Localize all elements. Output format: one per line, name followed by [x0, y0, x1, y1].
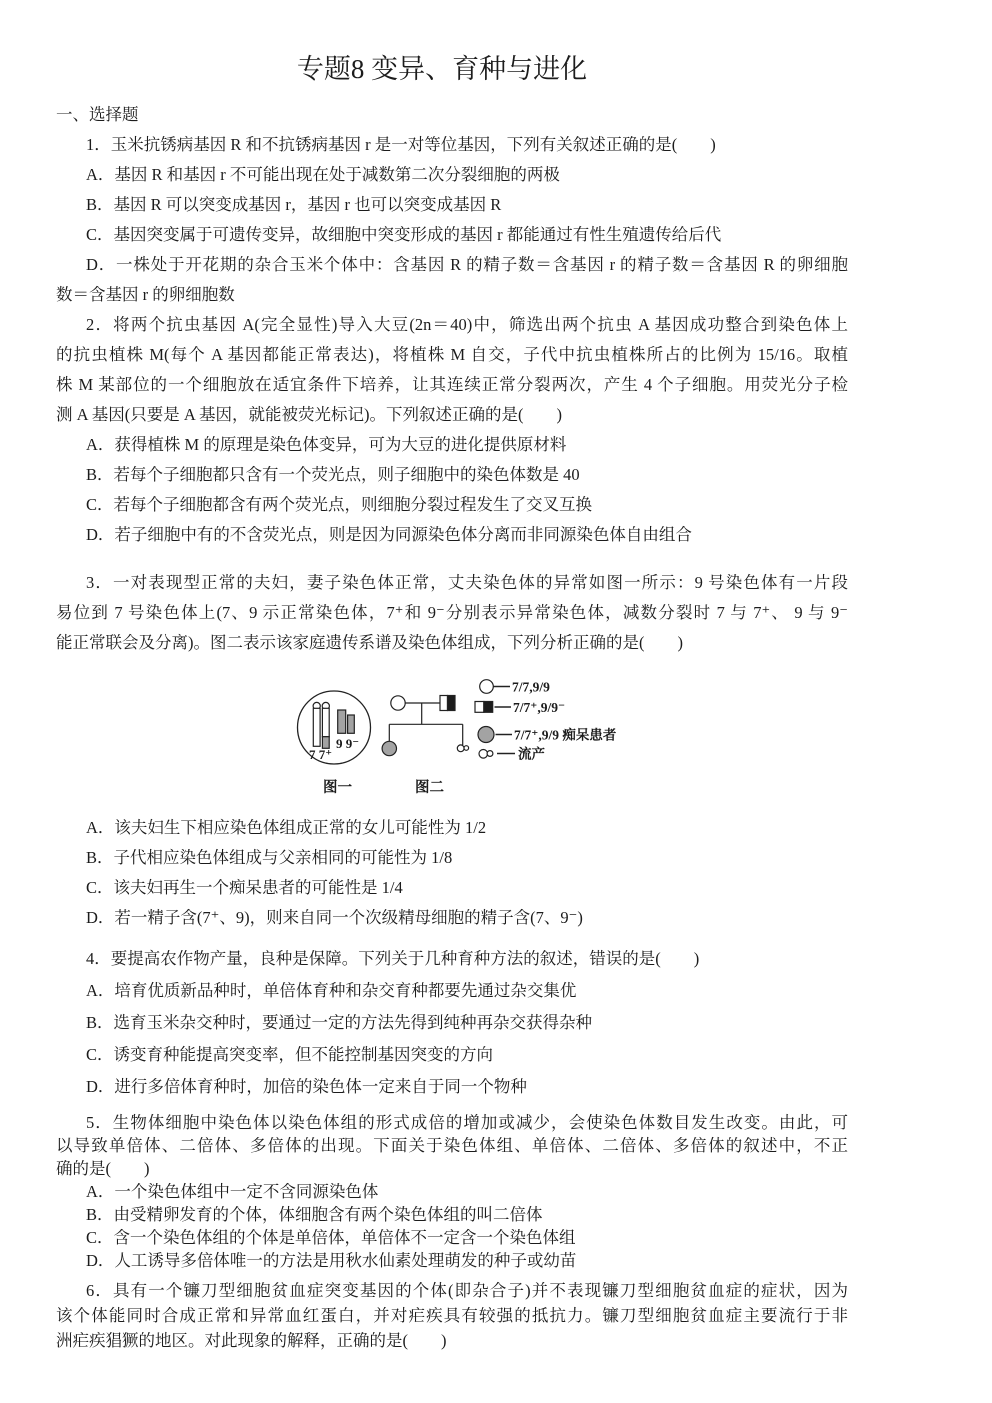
- legend-gray-circle-icon: [478, 727, 494, 743]
- q4-stem: 4．要提高农作物产量，良种是保障。下列关于几种育种方法的叙述，错误的是( ): [56, 943, 848, 975]
- q3-option-d: D．若一精子含(7⁺、9)，则来自同一个次级精母细胞的精子含(7、9⁻): [56, 903, 848, 933]
- chromosome-9-deleted: [348, 715, 355, 733]
- legend-affected-label: 7/7⁺,9/9 痴呆患者: [514, 727, 617, 743]
- legend-item-affected: 7/7⁺,9/9 痴呆患者: [478, 727, 617, 743]
- section-heading: 一、选择题: [56, 100, 848, 130]
- pedigree-mother-circle: [391, 696, 405, 710]
- q6-stem-line-1: 6．具有一个镰刀型细胞贫血症突变基因的个体(即杂合子)并不表现镰刀型细胞贫血症的…: [56, 1278, 848, 1303]
- q1-option-a: A．基因 R 和基因 r 不可能出现在处于减数第二次分裂细胞的两极: [56, 160, 848, 190]
- figure-legend: 7/7,9/9 7/7⁺,9/9⁻ 7/7⁺,9/9 痴呆患者: [475, 680, 617, 762]
- figure-one-cell: 9 9⁻ 7 7⁺ 图一: [298, 691, 371, 796]
- q3-option-b: B．子代相应染色体组成与父亲相同的可能性为 1/8: [56, 843, 848, 873]
- legend-item-normal: 7/7,9/9: [480, 680, 550, 695]
- q2-stem-line-3: 株 M 某部位的一个细胞放在适宜条件下培养，让其连续正常分裂两次，产生 4 个子…: [56, 370, 848, 400]
- legend-normal-label: 7/7,9/9: [512, 680, 550, 695]
- page-title: 专题8 变异、育种与进化: [56, 52, 848, 86]
- q1-option-d-line-1: D．一株处于开花期的杂合玉米个体中：含基因 R 的精子数＝含基因 r 的精子数＝…: [56, 250, 848, 280]
- figure-two-pedigree: [382, 696, 469, 756]
- question-3: 3．一对表现型正常的夫妇，妻子染色体正常，丈夫染色体的异常如图一所示：9 号染色…: [56, 568, 848, 933]
- question-5: 5．生物体细胞中染色体以染色体组的形式成倍的增加或减少，会使染色体数目发生改变。…: [56, 1111, 848, 1272]
- legend-item-miscarriage: 流产: [479, 746, 546, 762]
- q3-option-c: C．该夫妇再生一个痴呆患者的可能性是 1/4: [56, 873, 848, 903]
- q5-stem-line-3: 确的是( ): [56, 1157, 848, 1180]
- q5-stem-line-2: 以导致单倍体、二倍体、多倍体的出现。下面关于染色体组、单倍体、二倍体、多倍体的叙…: [56, 1134, 848, 1157]
- figure-one-caption: 图一: [323, 778, 352, 796]
- q1-option-d-line-2: 数＝含基因 r 的卵细胞数: [56, 280, 848, 310]
- question-4: 4．要提高农作物产量，良种是保障。下列关于几种育种方法的叙述，错误的是( ) A…: [56, 943, 848, 1103]
- legend-item-carrier-father: 7/7⁺,9/9⁻: [475, 700, 565, 715]
- chromosome-9-pair-label: 9 9⁻: [336, 736, 359, 751]
- question-6: 6．具有一个镰刀型细胞贫血症突变基因的个体(即杂合子)并不表现镰刀型细胞贫血症的…: [56, 1278, 848, 1353]
- q3-figure: 9 9⁻ 7 7⁺ 图一: [56, 658, 848, 813]
- q4-option-a: A．培育优质新品种时，单倍体育种和杂交育种都要先通过杂交集优: [56, 975, 848, 1007]
- pedigree-miscarriage-symbol: [457, 745, 468, 752]
- q4-option-b: B．选育玉米杂交种时，要通过一定的方法先得到纯种再杂交获得杂种: [56, 1007, 848, 1039]
- chromosome-7-pair-label: 7 7⁺: [309, 747, 332, 762]
- q6-stem-line-3: 洲疟疾猖獗的地区。对此现象的解释，正确的是( ): [56, 1328, 848, 1353]
- q2-option-c: C．若每个子细胞都含有两个荧光点，则细胞分裂过程发生了交叉互换: [56, 490, 848, 520]
- q3-option-a: A．该夫妇生下相应染色体组成正常的女儿可能性为 1/2: [56, 813, 848, 843]
- pedigree-affected-daughter-circle: [382, 741, 396, 755]
- q2-stem-line-4: 测 A 基因(只要是 A 基因，就能被荧光标记)。下列叙述正确的是( ): [56, 400, 848, 430]
- figure-svg: 9 9⁻ 7 7⁺ 图一: [56, 658, 848, 813]
- figure-two-caption: 图二: [415, 778, 444, 796]
- q2-option-b: B．若每个子细胞都只含有一个荧光点，则子细胞中的染色体数是 40: [56, 460, 848, 490]
- q3-stem-line-3: 能正常联会及分离)。图二表示该家庭遗传系谱及染色体组成，下列分析正确的是( ): [56, 628, 848, 658]
- q2-stem-line-1: 2．将两个抗虫基因 A(完全显性)导入大豆(2n＝40)中，筛选出两个抗虫 A …: [56, 310, 848, 340]
- q2-stem-line-2: 的抗虫植株 M(每个 A 基因都能正常表达)，将植株 M 自交，子代中抗虫植株所…: [56, 340, 848, 370]
- q4-option-c: C．诱变育种能提高突变率，但不能控制基因突变的方向: [56, 1039, 848, 1071]
- q3-stem-line-2: 易位到 7 号染色体上(7、9 示正常染色体，7⁺和 9⁻分别表示异常染色体，减…: [56, 598, 848, 628]
- q2-option-d: D．若子细胞中有的不含荧光点，则是因为同源染色体分离而非同源染色体自由组合: [56, 520, 848, 550]
- legend-carrier-label: 7/7⁺,9/9⁻: [513, 700, 565, 715]
- q5-option-a: A．一个染色体组中一定不含同源染色体: [56, 1180, 848, 1203]
- q1-option-c: C．基因突变属于可遗传变异，故细胞中突变形成的基因 r 都能通过有性生殖遗传给后…: [56, 220, 848, 250]
- q4-option-d: D．进行多倍体育种时，加倍的染色体一定来自于同一个物种: [56, 1071, 848, 1103]
- q5-option-b: B．由受精卵发育的个体，体细胞含有两个染色体组的叫二倍体: [56, 1203, 848, 1226]
- question-1: 1．玉米抗锈病基因 R 和不抗锈病基因 r 是一对等位基因，下列有关叙述正确的是…: [56, 130, 848, 310]
- q5-option-c: C．含一个染色体组的个体是单倍体，单倍体不一定含一个染色体组: [56, 1226, 848, 1249]
- q1-option-b: B．基因 R 可以突变成基因 r，基因 r 也可以突变成基因 R: [56, 190, 848, 220]
- q5-option-d: D．人工诱导多倍体唯一的方法是用秋水仙素处理萌发的种子或幼苗: [56, 1249, 848, 1272]
- q5-stem-line-1: 5．生物体细胞中染色体以染色体组的形式成倍的增加或减少，会使染色体数目发生改变。…: [56, 1111, 848, 1134]
- chromosome-7: [313, 702, 320, 746]
- chromosome-9: [338, 710, 346, 733]
- q1-stem: 1．玉米抗锈病基因 R 和不抗锈病基因 r 是一对等位基因，下列有关叙述正确的是…: [56, 130, 848, 160]
- legend-half-filled-square-icon: [475, 702, 493, 713]
- q2-option-a: A．获得植株 M 的原理是染色体变异，可为大豆的进化提供原材料: [56, 430, 848, 460]
- legend-miscarriage-label: 流产: [518, 746, 546, 762]
- legend-normal-circle-icon: [480, 680, 494, 694]
- question-2: 2．将两个抗虫基因 A(完全显性)导入大豆(2n＝40)中，筛选出两个抗虫 A …: [56, 310, 848, 550]
- legend-double-circle-icon: [479, 750, 493, 759]
- chromosome-7-translocated: [322, 702, 329, 748]
- pedigree-father-square: [440, 696, 455, 711]
- exam-document-page: 专题8 变异、育种与进化 一、选择题 1．玉米抗锈病基因 R 和不抗锈病基因 r…: [0, 0, 992, 1403]
- q3-stem-line-1: 3．一对表现型正常的夫妇，妻子染色体正常，丈夫染色体的异常如图一所示：9 号染色…: [56, 568, 848, 598]
- q6-stem-line-2: 该个体能同时合成正常和异常血红蛋白，并对疟疾具有较强的抵抗力。镰刀型细胞贫血症主…: [56, 1303, 848, 1328]
